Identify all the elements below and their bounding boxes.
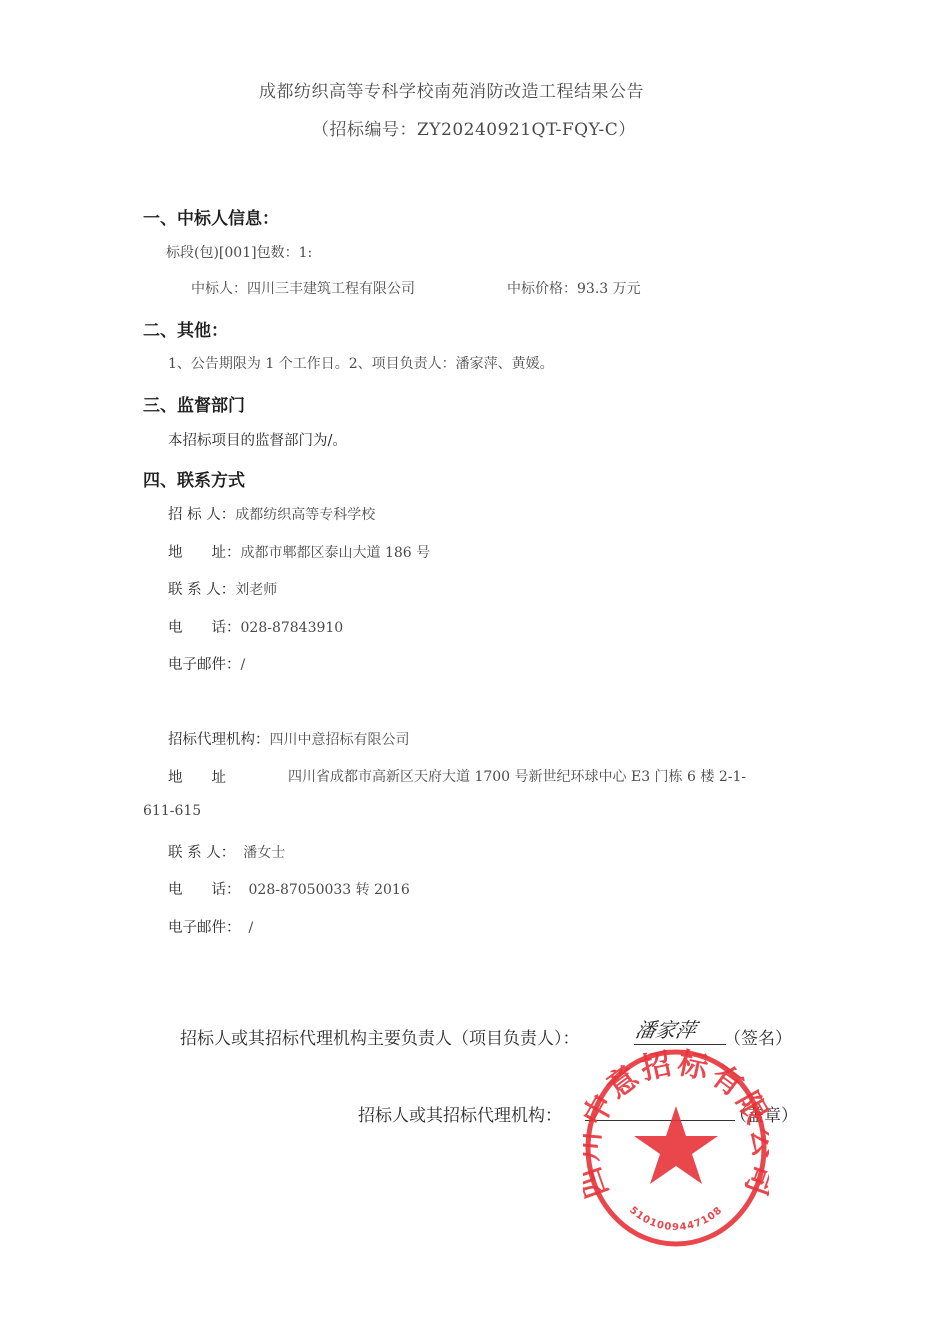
document-title: 成都纺织高等专科学校南苑消防改造工程结果公告: [259, 77, 644, 102]
tenderer-phone-label: 电 话：: [168, 620, 241, 636]
tenderer-contact-row: 联 系 人：刘老师: [168, 578, 277, 599]
section-heading-contact: 四、联系方式: [143, 466, 245, 491]
agency-contact-row: 联 系 人：潘女士: [168, 841, 285, 862]
agency-email-row: 电子邮件：/: [168, 916, 253, 937]
agency-phone-value: 028-87050033 转 2016: [249, 882, 410, 898]
supervision-text: 本招标项目的监督部门为/。: [168, 429, 347, 450]
section-heading-other: 二、其他：: [143, 316, 228, 341]
tenderer-address-label: 地 址：: [168, 545, 241, 561]
agency-email-label: 电子邮件：: [168, 920, 241, 936]
tenderer-email-row: 电子邮件：/: [168, 653, 245, 674]
agency-contact-value: 潘女士: [243, 845, 285, 861]
lot-line: 标段(包)[001]包数：1:: [166, 242, 312, 262]
winner-value: 四川三丰建筑工程有限公司: [247, 281, 415, 297]
tenderer-contact-label: 联 系 人：: [168, 582, 235, 598]
agency-address-value-line1: 四川省成都市高新区天府大道 1700 号新世纪环球中心 E3 门栋 6 楼 2-…: [288, 766, 746, 786]
section-heading-supervision: 三、监督部门: [143, 391, 245, 416]
handwritten-signature: 潘家萍: [633, 1014, 699, 1043]
tenderer-email-label: 电子邮件：: [168, 657, 241, 673]
agency-phone-label: 电 话：: [168, 882, 241, 898]
tenderer-contact-value: 刘老师: [235, 582, 277, 598]
tenderer-name-value: 成都纺织高等专科学校: [235, 507, 375, 523]
tenderer-name-row: 招 标 人：成都纺织高等专科学校: [168, 503, 375, 524]
section-heading-winner-info: 一、中标人信息：: [143, 204, 279, 229]
tenderer-email-value: /: [241, 657, 246, 673]
agency-email-value: /: [249, 920, 254, 936]
star-icon: [634, 1106, 718, 1184]
signature-line: [634, 1044, 726, 1045]
winner-row: 中标人：四川三丰建筑工程有限公司: [191, 278, 415, 298]
agency-name-value: 四川中意招标有限公司: [270, 732, 410, 748]
tenderer-name-label: 招 标 人：: [168, 507, 235, 523]
tenderer-address-row: 地 址：成都市郫都区泰山大道 186 号: [168, 541, 430, 562]
winner-label: 中标人：: [191, 281, 247, 297]
price-label: 中标价格：: [507, 281, 577, 297]
tender-number: （招标编号：ZY20240921QT-FQY-C）: [312, 115, 636, 140]
company-stamp: 四川中意招标有限公司 5101009447108: [583, 1048, 769, 1248]
signature-label: 招标人或其招标代理机构主要负责人（项目负责人）：: [180, 1024, 580, 1049]
agency-name-label: 招标代理机构：: [168, 732, 270, 748]
other-text: 1、公告期限为 1 个工作日。2、项目负责人：潘家萍、黄媛。: [168, 353, 554, 373]
agency-contact-label: 联 系 人：: [168, 845, 235, 861]
agency-name-row: 招标代理机构：四川中意招标有限公司: [168, 728, 410, 749]
tenderer-phone-row: 电 话：028-87843910: [168, 616, 343, 637]
price-value: 93.3 万元: [577, 281, 641, 297]
agency-address-label: 地 址: [168, 766, 226, 787]
price-row: 中标价格：93.3 万元: [507, 278, 641, 298]
seal-label: 招标人或其招标代理机构：: [358, 1101, 562, 1126]
tenderer-phone-value: 028-87843910: [241, 620, 344, 636]
stamp-icon: 四川中意招标有限公司 5101009447108: [583, 1048, 769, 1248]
agency-phone-row: 电 话：028-87050033 转 2016: [168, 878, 410, 899]
svg-text:5101009447108: 5101009447108: [627, 1205, 725, 1233]
agency-address-value-line2: 611-615: [143, 803, 201, 819]
signature-suffix: （签名）: [724, 1024, 792, 1049]
tenderer-address-value: 成都市郫都区泰山大道 186 号: [241, 545, 431, 561]
